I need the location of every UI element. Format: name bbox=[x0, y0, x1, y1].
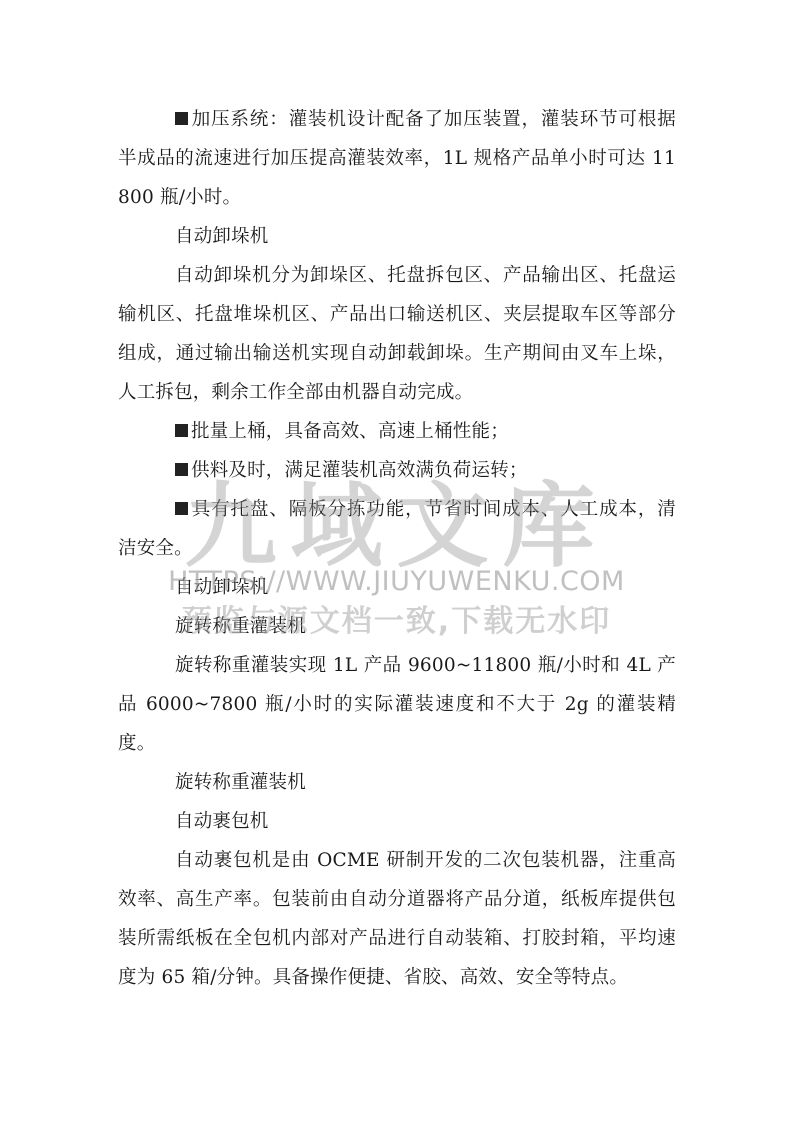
paragraph-text: 供料及时，满足灌装机高效满负荷运转； bbox=[191, 460, 528, 481]
section-heading: 自动卸垛机 bbox=[118, 568, 676, 607]
paragraph-bullet: 具有托盘、隔板分拣功能，节省时间成本、人工成本，清洁安全。 bbox=[118, 490, 676, 568]
paragraph-body: 自动裹包机是由 OCME 研制开发的二次包装机器，注重高效率、高生产率。包装前由… bbox=[118, 841, 676, 997]
paragraph-bullet: 供料及时，满足灌装机高效满负荷运转； bbox=[118, 451, 676, 490]
square-bullet-icon bbox=[175, 424, 188, 437]
square-bullet-icon bbox=[175, 463, 188, 476]
paragraph-bullet-pressurization: 加压系统：灌装机设计配备了加压装置，灌装环节可根据半成品的流速进行加压提高灌装效… bbox=[118, 100, 676, 217]
section-heading: 旋转称重灌装机 bbox=[118, 607, 676, 646]
paragraph-body: 自动卸垛机分为卸垛区、托盘拆包区、产品输出区、托盘运输机区、托盘堆垛机区、产品出… bbox=[118, 256, 676, 412]
section-heading: 旋转称重灌装机 bbox=[118, 763, 676, 802]
square-bullet-icon bbox=[175, 502, 188, 515]
paragraph-body: 旋转称重灌装实现 1L 产品 9600~11800 瓶/小时和 4L 产品 60… bbox=[118, 646, 676, 763]
paragraph-text: 具有托盘、隔板分拣功能，节省时间成本、人工成本，清洁安全。 bbox=[118, 499, 676, 559]
square-bullet-icon bbox=[175, 112, 188, 125]
paragraph-text: 批量上桶，具备高效、高速上桶性能； bbox=[191, 421, 509, 442]
section-heading: 自动卸垛机 bbox=[118, 217, 676, 256]
document-page: 加压系统：灌装机设计配备了加压装置，灌装环节可根据半成品的流速进行加压提高灌装效… bbox=[118, 100, 676, 997]
section-heading: 自动裹包机 bbox=[118, 802, 676, 841]
paragraph-bullet: 批量上桶，具备高效、高速上桶性能； bbox=[118, 412, 676, 451]
paragraph-text: 加压系统：灌装机设计配备了加压装置，灌装环节可根据半成品的流速进行加压提高灌装效… bbox=[118, 109, 676, 208]
